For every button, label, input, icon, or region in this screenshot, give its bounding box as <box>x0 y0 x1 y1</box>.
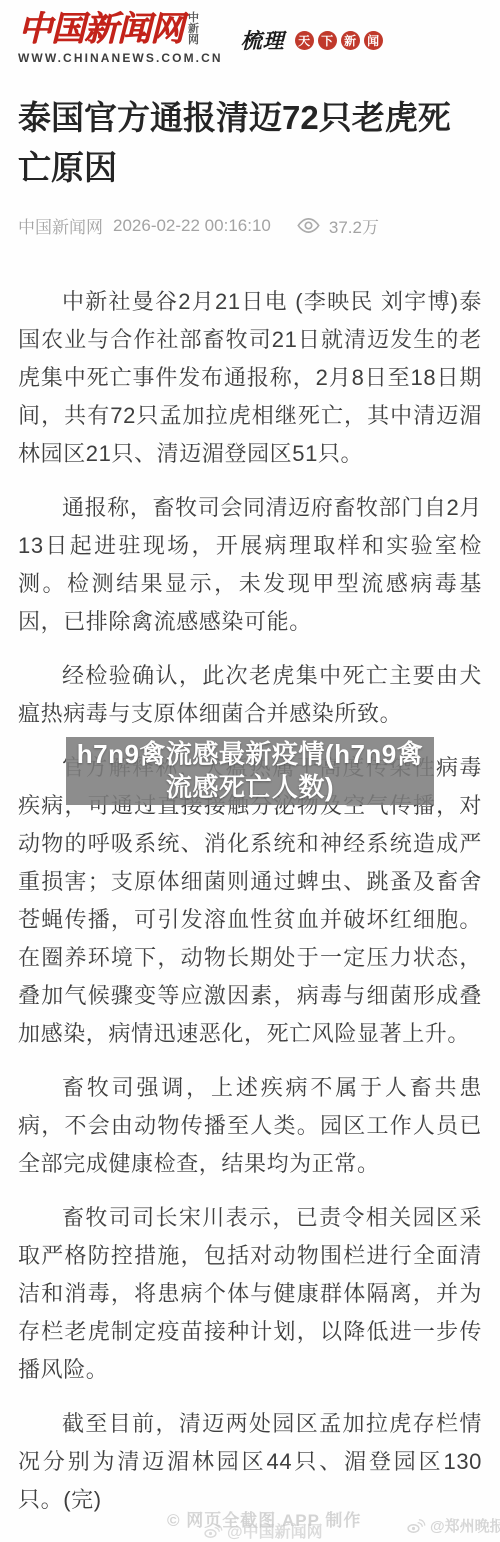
masthead: 中国新闻网 中新网 WWW.CHINANEWS.COM.CN 梳理 天 下 新 … <box>0 0 500 65</box>
eye-views-icon <box>297 217 320 234</box>
chinanews-watermark-text: @中国新闻网 <box>227 1519 323 1542</box>
weibo-icon <box>406 1518 426 1534</box>
view-count: 37.2万 <box>329 213 379 238</box>
zhengzhou-evening-news-watermark: @郑州晚报 <box>406 1515 500 1536</box>
chinanews-logo: 中国新闻网 中新网 WWW.CHINANEWS.COM.CN <box>18 10 223 65</box>
weibo-icon <box>203 1523 223 1539</box>
byline: 中国新闻网 2026-02-22 00:16:10 37.2万 <box>18 213 482 238</box>
article-datetime: 2026-02-22 00:16:10 <box>113 216 271 236</box>
overlay-watermark: h7n9禽流感最新疫情(h7n9禽流感死亡人数) <box>66 737 434 805</box>
slogan-badge: 下 <box>318 31 337 50</box>
page-title: 泰国官方通报清迈72只老虎死亡原因 <box>18 93 482 193</box>
slogan-badge: 新 <box>341 31 360 50</box>
paragraph: 经检验确认，此次老虎集中死亡主要由犬瘟热病毒与支原体细菌合并感染所致。 <box>18 657 482 733</box>
logo-sub-text: 中新网 <box>188 13 201 46</box>
slogan-badge: 天 <box>295 31 314 50</box>
slogan: 梳理 天 下 新 闻 <box>241 25 383 55</box>
logo-main-text: 中国新闻网 <box>18 10 183 48</box>
paragraph: 截至目前，清迈两处园区孟加拉虎存栏情况分别为清迈湄林园区44只、湄登园区130只… <box>18 1405 482 1519</box>
paragraph: 畜牧司强调，上述疾病不属于人畜共患病，不会由动物传播至人类。园区工作人员已全部完… <box>18 1069 482 1183</box>
article-page: 中国新闻网 中新网 WWW.CHINANEWS.COM.CN 梳理 天 下 新 … <box>0 0 500 1542</box>
paragraph: 通报称，畜牧司会同清迈府畜牧部门自2月13日起进驻现场，开展病理取样和实验室检测… <box>18 489 482 641</box>
zhengzhou-watermark-text: @郑州晚报 <box>430 1515 500 1536</box>
article-source: 中国新闻网 <box>18 213 103 238</box>
article-body: 中新社曼谷2月21日电 (李映民 刘宇博)泰国农业与合作社部畜牧司21日就清迈发… <box>18 283 482 1519</box>
chinanews-watermark: @中国新闻网 <box>203 1519 323 1542</box>
slogan-badge: 闻 <box>364 31 383 50</box>
slogan-prefix-text: 梳理 <box>241 25 285 55</box>
logo-url-text: WWW.CHINANEWS.COM.CN <box>18 51 223 65</box>
paragraph: 畜牧司司长宋川表示，已责令相关园区采取严格防控措施，包括对动物围栏进行全面清洁和… <box>18 1199 482 1389</box>
paragraph: 中新社曼谷2月21日电 (李映民 刘宇博)泰国农业与合作社部畜牧司21日就清迈发… <box>18 283 482 473</box>
